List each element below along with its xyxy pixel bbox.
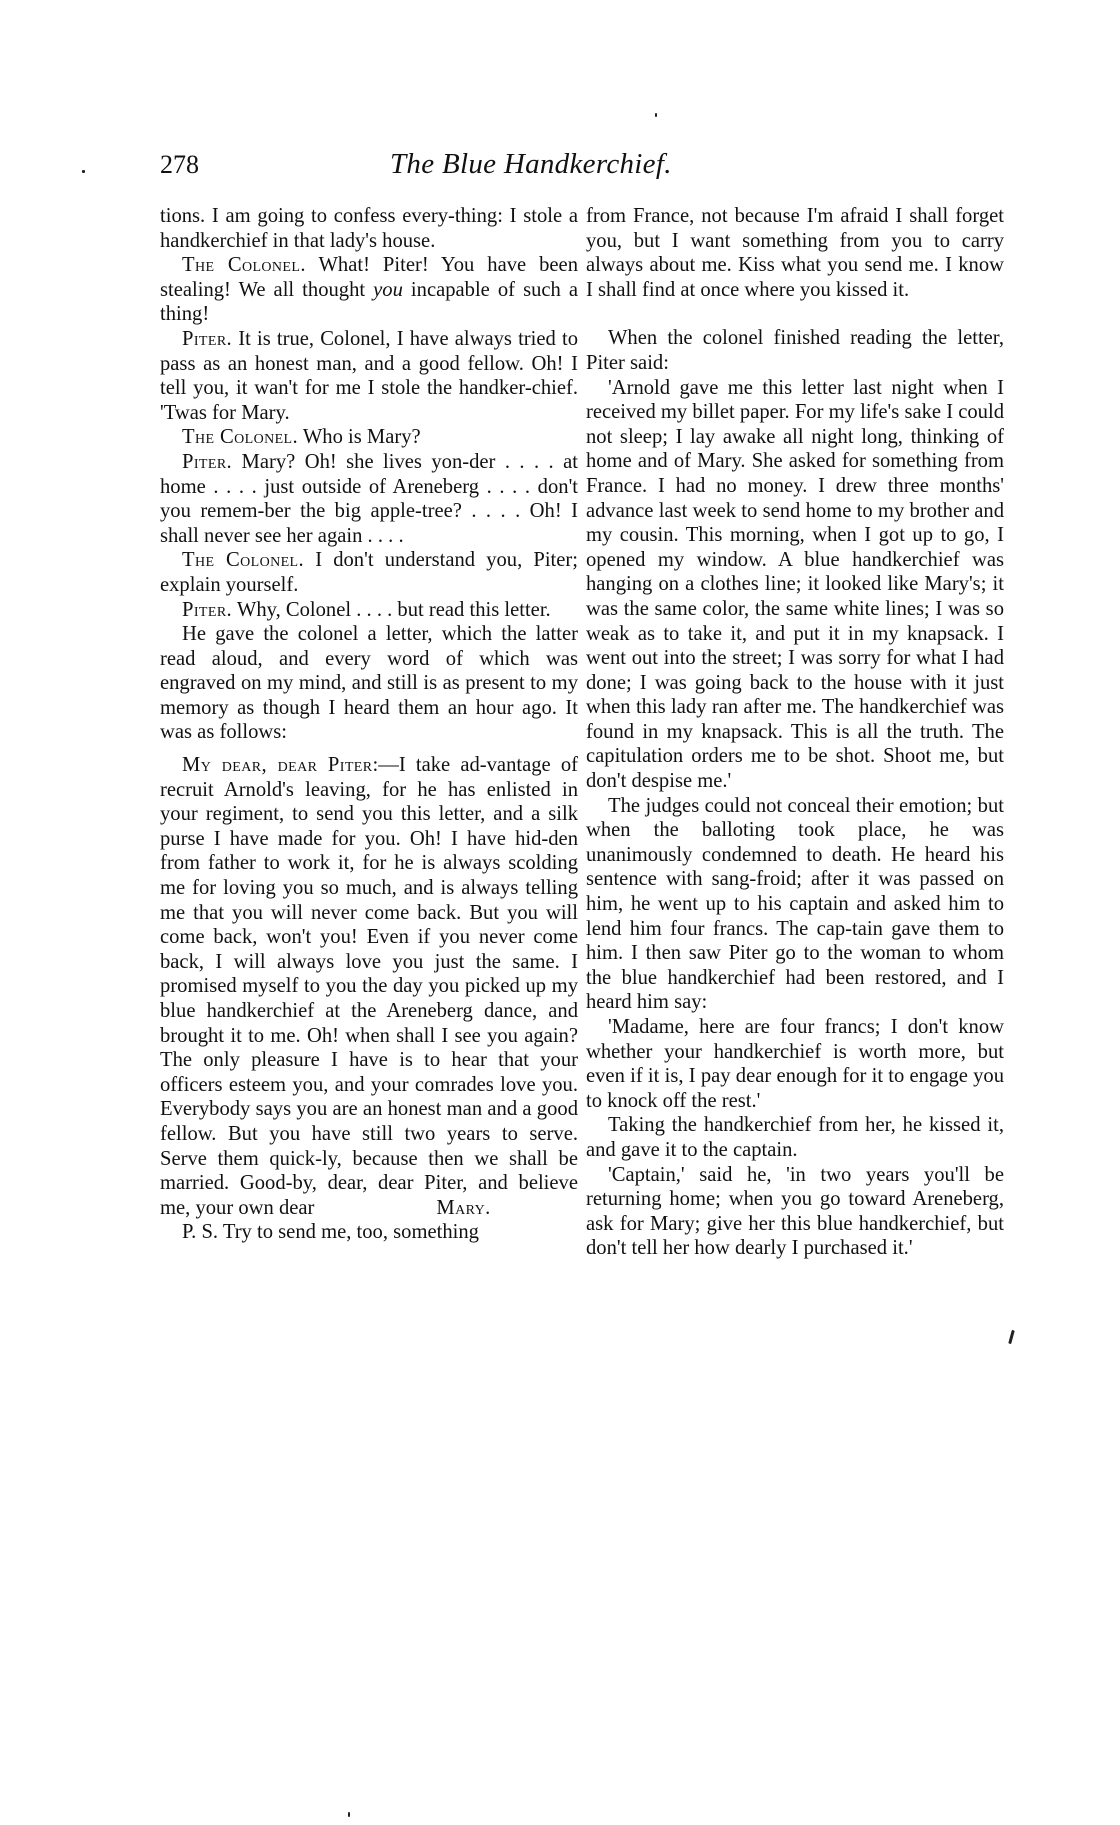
speaker-name: Piter.: [182, 328, 232, 350]
running-title: The Blue Handkerchief.: [390, 148, 672, 181]
dialogue-piter: Piter. It is true, Colonel, I have alway…: [160, 327, 578, 425]
paragraph: The judges could not conceal their emoti…: [586, 794, 1004, 1015]
left-column: tions. I am going to confess every-thing…: [160, 204, 578, 1245]
dialogue-text: Who is Mary?: [298, 426, 421, 448]
scan-speck: [348, 1812, 350, 1817]
dialogue-piter: Piter. Mary? Oh! she lives yon-der . . .…: [160, 450, 578, 548]
speaker-name: The Colonel.: [182, 549, 304, 571]
paragraph: Taking the handkerchief from her, he kis…: [586, 1113, 1004, 1162]
scan-speck: [655, 113, 657, 117]
paragraph: He gave the colonel a letter, which the …: [160, 622, 578, 745]
emphasis: you: [373, 279, 403, 301]
speaker-name: The Colonel.: [182, 426, 298, 448]
paragraph: tions. I am going to confess every-thing…: [160, 204, 578, 253]
scan-speck: [1008, 1330, 1015, 1344]
dialogue-colonel: The Colonel. Who is Mary?: [160, 425, 578, 450]
right-column: from France, not because I'm afraid I sh…: [586, 204, 1004, 1261]
dialogue-piter: Piter. Why, Colonel . . . . but read thi…: [160, 598, 578, 623]
dialogue-text: Why, Colonel . . . . but read this lette…: [232, 599, 551, 621]
paragraph: When the colonel finished reading the le…: [586, 326, 1004, 375]
postscript: P. S. Try to send me, too, something: [160, 1220, 578, 1245]
running-header: 278 The Blue Handkerchief.: [160, 150, 1020, 190]
letter-salutation: My dear, dear Piter: [182, 754, 373, 776]
letter-signature: Mary.: [414, 1196, 490, 1221]
letter: My dear, dear Piter:—I take ad-vantage o…: [160, 753, 578, 1220]
dialogue-colonel: The Colonel. I don't understand you, Pit…: [160, 548, 578, 597]
speaker-name: Piter.: [182, 451, 232, 473]
scan-speck: [82, 170, 85, 173]
dialogue-colonel: The Colonel. What! Piter! You have been …: [160, 253, 578, 327]
quote-paragraph: 'Madame, here are four francs; I don't k…: [586, 1015, 1004, 1113]
letter-body: :—I take ad-vantage of recruit Arnold's …: [160, 754, 578, 1219]
page-number: 278: [160, 150, 199, 180]
quote-paragraph: 'Captain,' said he, 'in two years you'll…: [586, 1163, 1004, 1261]
speaker-name: Piter.: [182, 599, 232, 621]
paragraph: from France, not because I'm afraid I sh…: [586, 204, 1004, 302]
book-page: 278 The Blue Handkerchief. tions. I am g…: [0, 0, 1120, 1825]
speaker-name: The Colonel.: [182, 254, 306, 276]
quote-paragraph: 'Arnold gave me this letter last night w…: [586, 376, 1004, 794]
